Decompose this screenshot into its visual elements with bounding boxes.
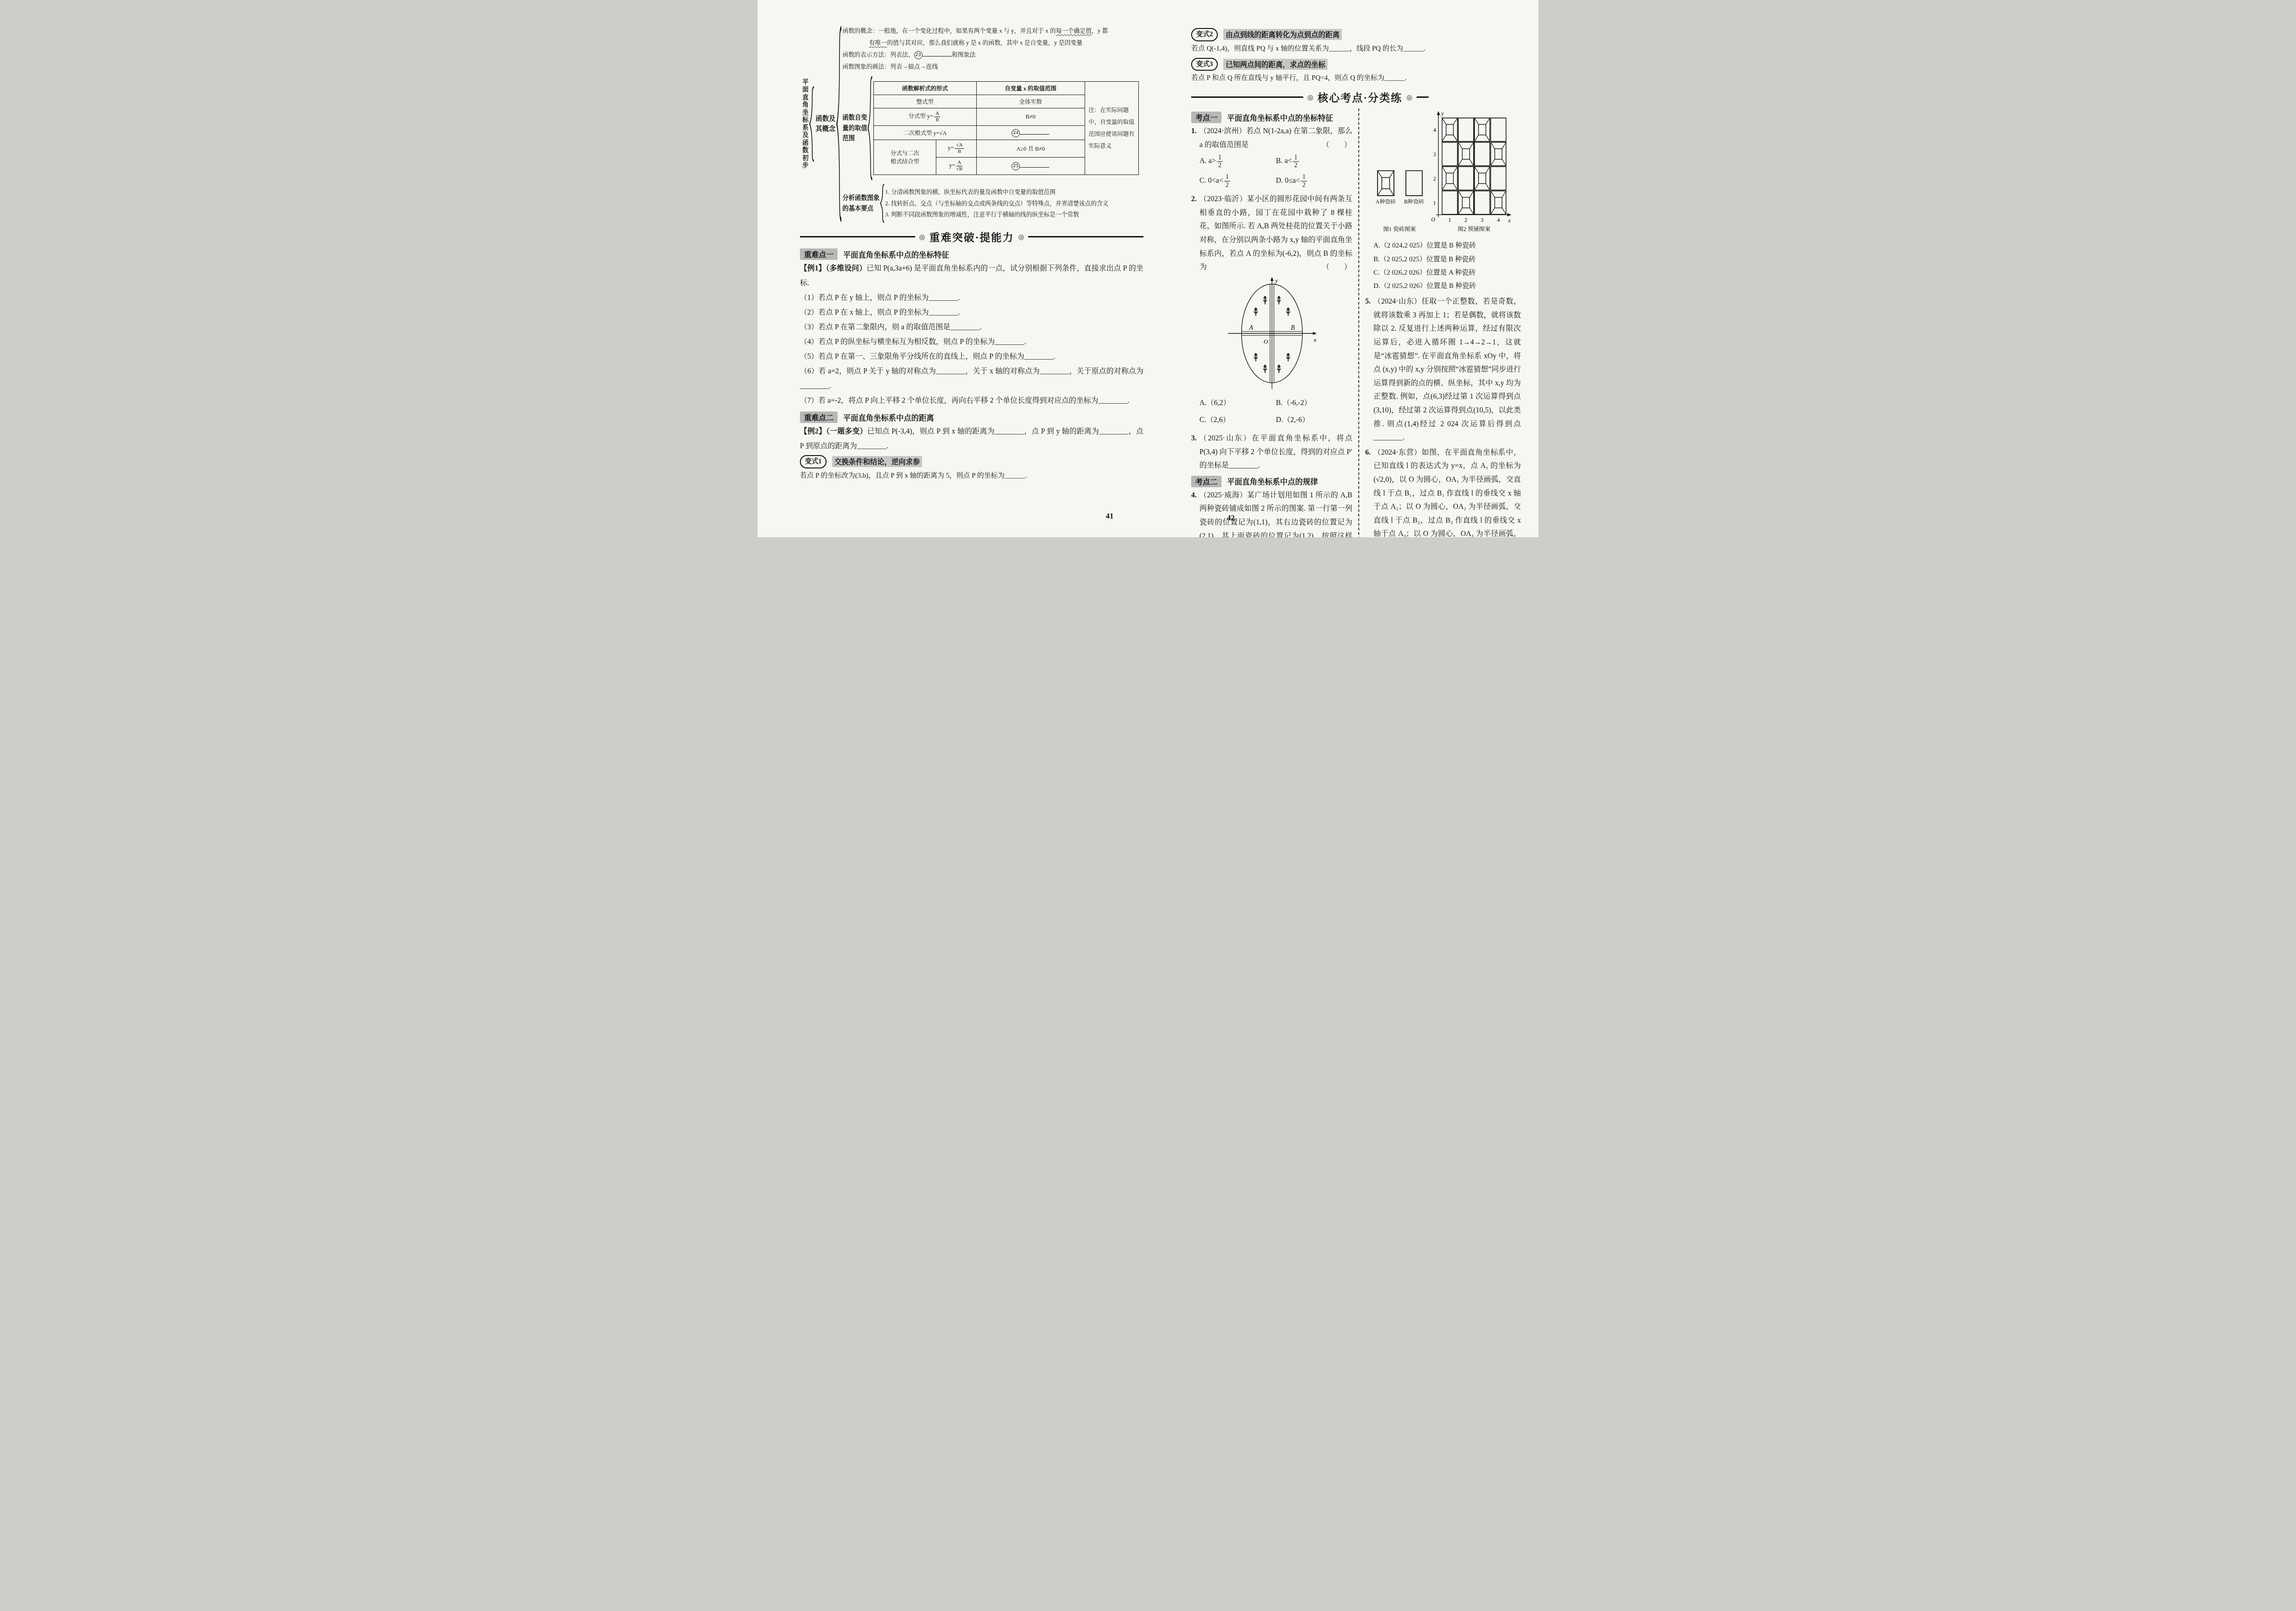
tile-a <box>1491 191 1506 214</box>
flower-icon <box>1263 365 1266 373</box>
list-item: 2. 找转折点、交点（与坐标轴的交点或两条线的交点）等特殊点，并弄清楚该点的含义 <box>885 198 1144 209</box>
tile-b-sample <box>1406 171 1422 196</box>
variant-title: 由点到线的距离转化为点到点的距离 <box>1223 29 1342 40</box>
example-1-subquestions: （1）若点 P 在 y 轴上，则点 P 的坐标为________. （2）若点 … <box>800 291 1143 408</box>
problem-4: 4. （2025·威海）某广场计划用如图 1 所示的 A,B 两种瓷砖铺成如图 … <box>1191 489 1352 537</box>
tile-a <box>1474 167 1490 190</box>
fill-blank <box>1020 161 1049 168</box>
variant-1-text: 若点 P 的坐标改为(3,b)，且点 P 到 x 轴的距离为 5，则点 P 的坐… <box>800 469 1143 483</box>
wavy-underlined-text: 有唯一 <box>869 39 887 46</box>
variant-3-row: 变式3 已知两点间的距离，求点的坐标 <box>1191 58 1521 71</box>
fraction: 12 <box>1293 154 1299 169</box>
brace-icon <box>867 75 873 181</box>
tile-a <box>1491 142 1506 166</box>
problem-2: 2. （2023·临沂）某小区的圆形花园中间有两条互相垂直的小路，园丁在花园中栽… <box>1191 192 1352 274</box>
variant-1-row: 变式1 交换条件和结论，逆向求参 <box>800 455 1143 468</box>
variable-range-branch: 函数自变 量的取值 范围 函数解析式的形式 自变量 x 的取值范围 注：在实际问… <box>843 75 1144 181</box>
concept-definition-block: 函数的概念：一般地，在一个变化过程中，如果有两个变量 x 与 y，并且对于 x … <box>843 25 1144 73</box>
tile-a-sample <box>1377 171 1394 196</box>
option-a: A.（6,2） <box>1199 395 1276 411</box>
option-a: A.（2 024,2 025）位置是 B 种瓷砖 <box>1373 239 1521 253</box>
list-item: 3. 判断不同段函数图象的增减性，注意平行于横轴的线的纵坐标是一个常数 <box>885 209 1144 220</box>
y-tick: 1 <box>1433 200 1435 206</box>
flower-icon <box>1254 353 1257 361</box>
tile-figure: A种瓷砖 B种瓷砖 图1 瓷砖图案 图2 预铺图案 O x y 1 2 <box>1365 109 1521 237</box>
tile-b <box>1458 167 1474 190</box>
tile-b <box>1442 191 1458 214</box>
function-form-table: 函数解析式的形式 自变量 x 的取值范围 注：在实际问题中，自变量的取值范围应使… <box>873 81 1139 175</box>
medallion-icon: ◎ <box>1018 233 1024 241</box>
option-c: C.（2 026,2 026）位置是 A 种瓷砖 <box>1373 266 1521 280</box>
flower-icon <box>1263 296 1266 304</box>
example-label: 【例1】（多维设问） <box>800 265 867 272</box>
subquestion: （4）若点 P 的纵坐标与横坐标互为相反数，则点 P 的坐标为________. <box>800 335 1143 349</box>
x-axis-arrow-icon <box>1507 213 1511 216</box>
y-axis-label: y <box>1440 110 1444 117</box>
x-tick: 1 <box>1448 217 1451 223</box>
exam-point-badge: 考点一 <box>1191 112 1221 123</box>
combined-form-label: 分式与二次 根式结合型 <box>873 140 936 175</box>
fill-blank <box>923 50 952 56</box>
list-item: 1. 分清函数图象的横、纵坐标代表的量及函数中自变量的取值范围 <box>885 186 1144 198</box>
option-d: D.（2 025,2 026）位置是 B 种瓷砖 <box>1373 280 1521 293</box>
tile-grid <box>1442 118 1506 214</box>
section-heading-core: ◎ 核心考点·分类练 ◎ <box>1191 90 1429 105</box>
option-b: B. a<12 <box>1276 153 1353 169</box>
x-tick: 4 <box>1497 217 1499 223</box>
circular-garden-diagram: A B O x y <box>1223 276 1321 391</box>
subquestion: （5）若点 P 在第一、三象限角平分线所在的直线上，则点 P 的坐标为_____… <box>800 349 1143 364</box>
exam-point-badge: 考点二 <box>1191 476 1221 487</box>
subquestion: （7）若 a=-2，将点 P 向上平移 2 个单位长度，再向右平移 2 个单位长… <box>800 394 1143 408</box>
concept-line-4: 函数图象的画法：列表→描点→连线 <box>843 61 1144 73</box>
y-axis-label: y <box>1274 277 1277 284</box>
brace-icon <box>880 184 885 223</box>
option-b: B.（2 025,2 025）位置是 B 种瓷砖 <box>1373 253 1521 266</box>
fraction: √AB <box>955 142 964 155</box>
y-axis-arrow-icon <box>1436 111 1440 115</box>
section-title: 重难突破·提能力 <box>929 229 1014 244</box>
variant-pill: 变式2 <box>1191 28 1218 41</box>
graph-analysis-items: 1. 分清函数图象的横、纵坐标代表的量及函数中自变量的取值范围 2. 找转折点、… <box>885 186 1144 221</box>
variant-2-text: 若点 Q(-1,4)，则直线 PQ 与 x 轴的位置关系为______，线段 P… <box>1191 42 1521 56</box>
concept-mindmap: 平面直角坐标系及函数初步 函数及 其概念 函数的概念：一般地，在一个变化过程中，… <box>800 25 1143 223</box>
col-header-form: 函数解析式的形式 <box>873 82 977 95</box>
section-title: 核心考点·分类练 <box>1317 90 1402 105</box>
section-heading-breakthrough: ◎ 重难突破·提能力 ◎ <box>800 229 1143 244</box>
x-tick: 3 <box>1480 217 1483 223</box>
problem-2-options: A.（6,2） B.（-6,-2） C.（2,6） D.（2,-6） <box>1191 395 1352 428</box>
option-c: C. 0<a<12 <box>1199 173 1276 189</box>
x-axis-label: x <box>1508 217 1511 224</box>
point-b-label: B <box>1291 324 1295 332</box>
heading-rule <box>800 236 915 237</box>
heading-rule <box>1417 96 1429 98</box>
exam-point-title: 平面直角坐标系中点的规律 <box>1227 476 1318 487</box>
fraction: A√B <box>956 160 962 172</box>
figure-2-caption: 图2 预铺图案 <box>1458 225 1490 232</box>
y-tick: 4 <box>1433 127 1435 133</box>
exam-point-2-row: 考点二 平面直角坐标系中点的规律 <box>1191 476 1352 487</box>
tile-b <box>1442 142 1458 166</box>
column-right: A种瓷砖 B种瓷砖 图1 瓷砖图案 图2 预铺图案 O x y 1 2 <box>1358 108 1521 537</box>
tile-b <box>1491 167 1506 190</box>
column-left: 考点一 平面直角坐标系中点的坐标特征 1. （2024·滨州）若点 N(1-2a… <box>1191 108 1358 537</box>
graph-analysis-branch: 分析函数图象 的基本要点 1. 分清函数图象的横、纵坐标代表的量及函数中自变量的… <box>843 184 1144 223</box>
flower-icon <box>1286 308 1290 316</box>
flower-icon <box>1277 365 1280 373</box>
concept-line-3: 函数的表示方法：列表法、23和图象法 <box>843 49 1144 61</box>
textbook-spread: 平面直角坐标系及函数初步 函数及 其概念 函数的概念：一般地，在一个变化过程中，… <box>758 0 1538 537</box>
key-point-title: 平面直角坐标系中点的距离 <box>843 412 934 423</box>
concept-line-1: 函数的概念：一般地，在一个变化过程中，如果有两个变量 x 与 y，并且对于 x … <box>843 25 1144 37</box>
example-label: 【例2】（一题多变） <box>800 428 867 435</box>
answer-bracket: （ ） <box>1322 138 1351 152</box>
tile-a <box>1442 167 1458 190</box>
heading-rule <box>1028 236 1143 237</box>
concept-line-2: 有唯一的值与其对应，那么我们就称 y 是 x 的函数，其中 x 是自变量，y 是… <box>843 37 1144 49</box>
page-41: 平面直角坐标系及函数初步 函数及 其概念 函数的概念：一般地，在一个变化过程中，… <box>758 0 1149 537</box>
x-axis-label: x <box>1313 336 1316 343</box>
x-tick: 2 <box>1464 217 1467 223</box>
tile-b <box>1474 191 1490 214</box>
subquestion: （6）若 a=2，则点 P 关于 y 轴的对称点为________，关于 x 轴… <box>800 364 1143 394</box>
chapter-vertical-title: 平面直角坐标系及函数初步 <box>800 79 809 169</box>
figure-1-caption: 图1 瓷砖图案 <box>1383 225 1416 232</box>
origin-label: O <box>1263 338 1268 345</box>
problem-6: 6. （2024·东营）如图，在平面直角坐标系中，已知直线 l 的表达式为 y=… <box>1365 446 1521 537</box>
medallion-icon: ◎ <box>1307 93 1313 101</box>
fraction: 12 <box>1301 173 1307 189</box>
page-number-41: 41 <box>1106 512 1114 521</box>
example-1: 【例1】（多维设问）已知 P(a,3a+6) 是平面直角坐标系内的一点，试分别根… <box>800 261 1143 291</box>
fraction: 12 <box>1224 173 1230 189</box>
tile-pattern-diagram: A种瓷砖 B种瓷砖 图1 瓷砖图案 图2 预铺图案 O x y 1 2 <box>1374 109 1512 235</box>
tile-a <box>1474 118 1490 141</box>
subquestion: （3）若点 P 在第二象限内，则 a 的取值范围是________. <box>800 320 1143 335</box>
fraction: 12 <box>1217 154 1223 169</box>
table-header-row: 函数解析式的形式 自变量 x 的取值范围 注：在实际问题中，自变量的取值范围应使… <box>873 82 1138 95</box>
key-point-2-row: 重难点二 平面直角坐标系中点的距离 <box>800 411 1143 423</box>
tile-a <box>1458 142 1474 166</box>
tile-b <box>1474 142 1490 166</box>
flower-icon <box>1277 296 1280 304</box>
key-point-badge: 重难点二 <box>800 411 838 423</box>
two-column-area: 考点一 平面直角坐标系中点的坐标特征 1. （2024·滨州）若点 N(1-2a… <box>1191 108 1521 537</box>
garden-figure: A B O x y <box>1191 276 1352 394</box>
node-graph-analysis: 分析函数图象 的基本要点 <box>843 193 880 214</box>
fraction: AB <box>934 111 940 123</box>
y-tick: 2 <box>1433 175 1435 182</box>
circled-number-23: 23 <box>914 51 923 59</box>
key-point-badge: 重难点一 <box>800 248 838 260</box>
option-a: A. a>12 <box>1199 153 1276 169</box>
medallion-icon: ◎ <box>919 233 925 241</box>
tile-a <box>1442 118 1458 141</box>
tile-a-label: A种瓷砖 <box>1375 198 1396 205</box>
mindmap-right-column: 函数的概念：一般地，在一个变化过程中，如果有两个变量 x 与 y，并且对于 x … <box>843 25 1144 223</box>
circled-number-25: 25 <box>1012 162 1020 170</box>
node-function-concept: 函数及 其概念 <box>816 114 836 135</box>
tile-a <box>1458 191 1474 214</box>
example-2: 【例2】（一题多变）已知点 P(-3,4)，则点 P 到 x 轴的距离为____… <box>800 424 1143 454</box>
exam-point-title: 平面直角坐标系中点的坐标特征 <box>1227 112 1333 123</box>
page-number-42: 42 <box>1227 513 1235 523</box>
key-point-1-row: 重难点一 平面直角坐标系中点的坐标特征 <box>800 248 1143 260</box>
circled-number-24: 24 <box>1012 129 1020 137</box>
heading-rule <box>1191 96 1303 98</box>
tile-b <box>1491 118 1506 141</box>
variant-title: 交换条件和结论，逆向求参 <box>832 456 922 467</box>
table-note: 注：在实际问题中，自变量的取值范围应使该问题有实际意义 <box>1085 82 1138 175</box>
point-a-label: A <box>1249 324 1253 332</box>
problem-3: 3. （2025·山东）在平面直角坐标系中，将点 P(3,4) 向下平移 2 个… <box>1191 432 1352 473</box>
option-d: D. 0≤a<12 <box>1276 173 1353 189</box>
origin-label: O <box>1431 216 1435 223</box>
subquestion: （2）若点 P 在 x 轴上，则点 P 的坐标为________. <box>800 305 1143 320</box>
node-variable-range: 函数自变 量的取值 范围 <box>843 113 867 144</box>
col-header-range: 自变量 x 的取值范围 <box>977 82 1085 95</box>
variant-2-row: 变式2 由点到线的距离转化为点到点的距离 <box>1191 28 1521 41</box>
tile-b <box>1458 118 1474 141</box>
y-axis-arrow-icon <box>1270 277 1273 281</box>
problem-1-options: A. a>12 B. a<12 C. 0<a<12 D. 0≤a<12 <box>1191 153 1352 189</box>
subquestion: （1）若点 P 在 y 轴上，则点 P 的坐标为________. <box>800 291 1143 305</box>
option-c: C.（2,6） <box>1199 412 1276 428</box>
key-point-title: 平面直角坐标系中点的坐标特征 <box>843 249 949 260</box>
problem-4-options: A.（2 024,2 025）位置是 B 种瓷砖 B.（2 025,2 025）… <box>1365 239 1521 293</box>
brace-icon <box>809 85 815 163</box>
x-axis-arrow-icon <box>1313 332 1317 335</box>
problem-1: 1. （2024·滨州）若点 N(1-2a,a) 在第二象限，那么 a 的取值范… <box>1191 124 1352 152</box>
answer-bracket: （ ） <box>1322 260 1351 274</box>
variant-3-text: 若点 P 和点 Q 所在直线与 y 轴平行，且 PQ=4，则点 Q 的坐标为__… <box>1191 71 1521 85</box>
medallion-icon: ◎ <box>1407 93 1412 101</box>
flower-icon <box>1286 353 1290 361</box>
fill-blank <box>1020 128 1049 135</box>
variant-pill: 变式1 <box>800 455 827 468</box>
tile-b-label: B种瓷砖 <box>1404 198 1424 205</box>
wavy-underlined-text: 每一个确定值 <box>1056 27 1092 34</box>
variant-title: 已知两点间的距离，求点的坐标 <box>1223 59 1328 70</box>
page-42: 变式2 由点到线的距离转化为点到点的距离 若点 Q(-1,4)，则直线 PQ 与… <box>1149 0 1538 537</box>
problem-5: 5. （2024·山东）任取一个正整数，若是奇数，就将该数乘 3 再加上 1；若… <box>1365 295 1521 445</box>
variant-pill: 变式3 <box>1191 58 1218 71</box>
flower-icon <box>1254 308 1257 316</box>
option-b: B.（-6,-2） <box>1276 395 1353 411</box>
option-d: D.（2,-6） <box>1276 412 1353 428</box>
brace-icon <box>836 25 843 223</box>
exam-point-1-row: 考点一 平面直角坐标系中点的坐标特征 <box>1191 112 1352 123</box>
y-tick: 3 <box>1433 151 1435 158</box>
